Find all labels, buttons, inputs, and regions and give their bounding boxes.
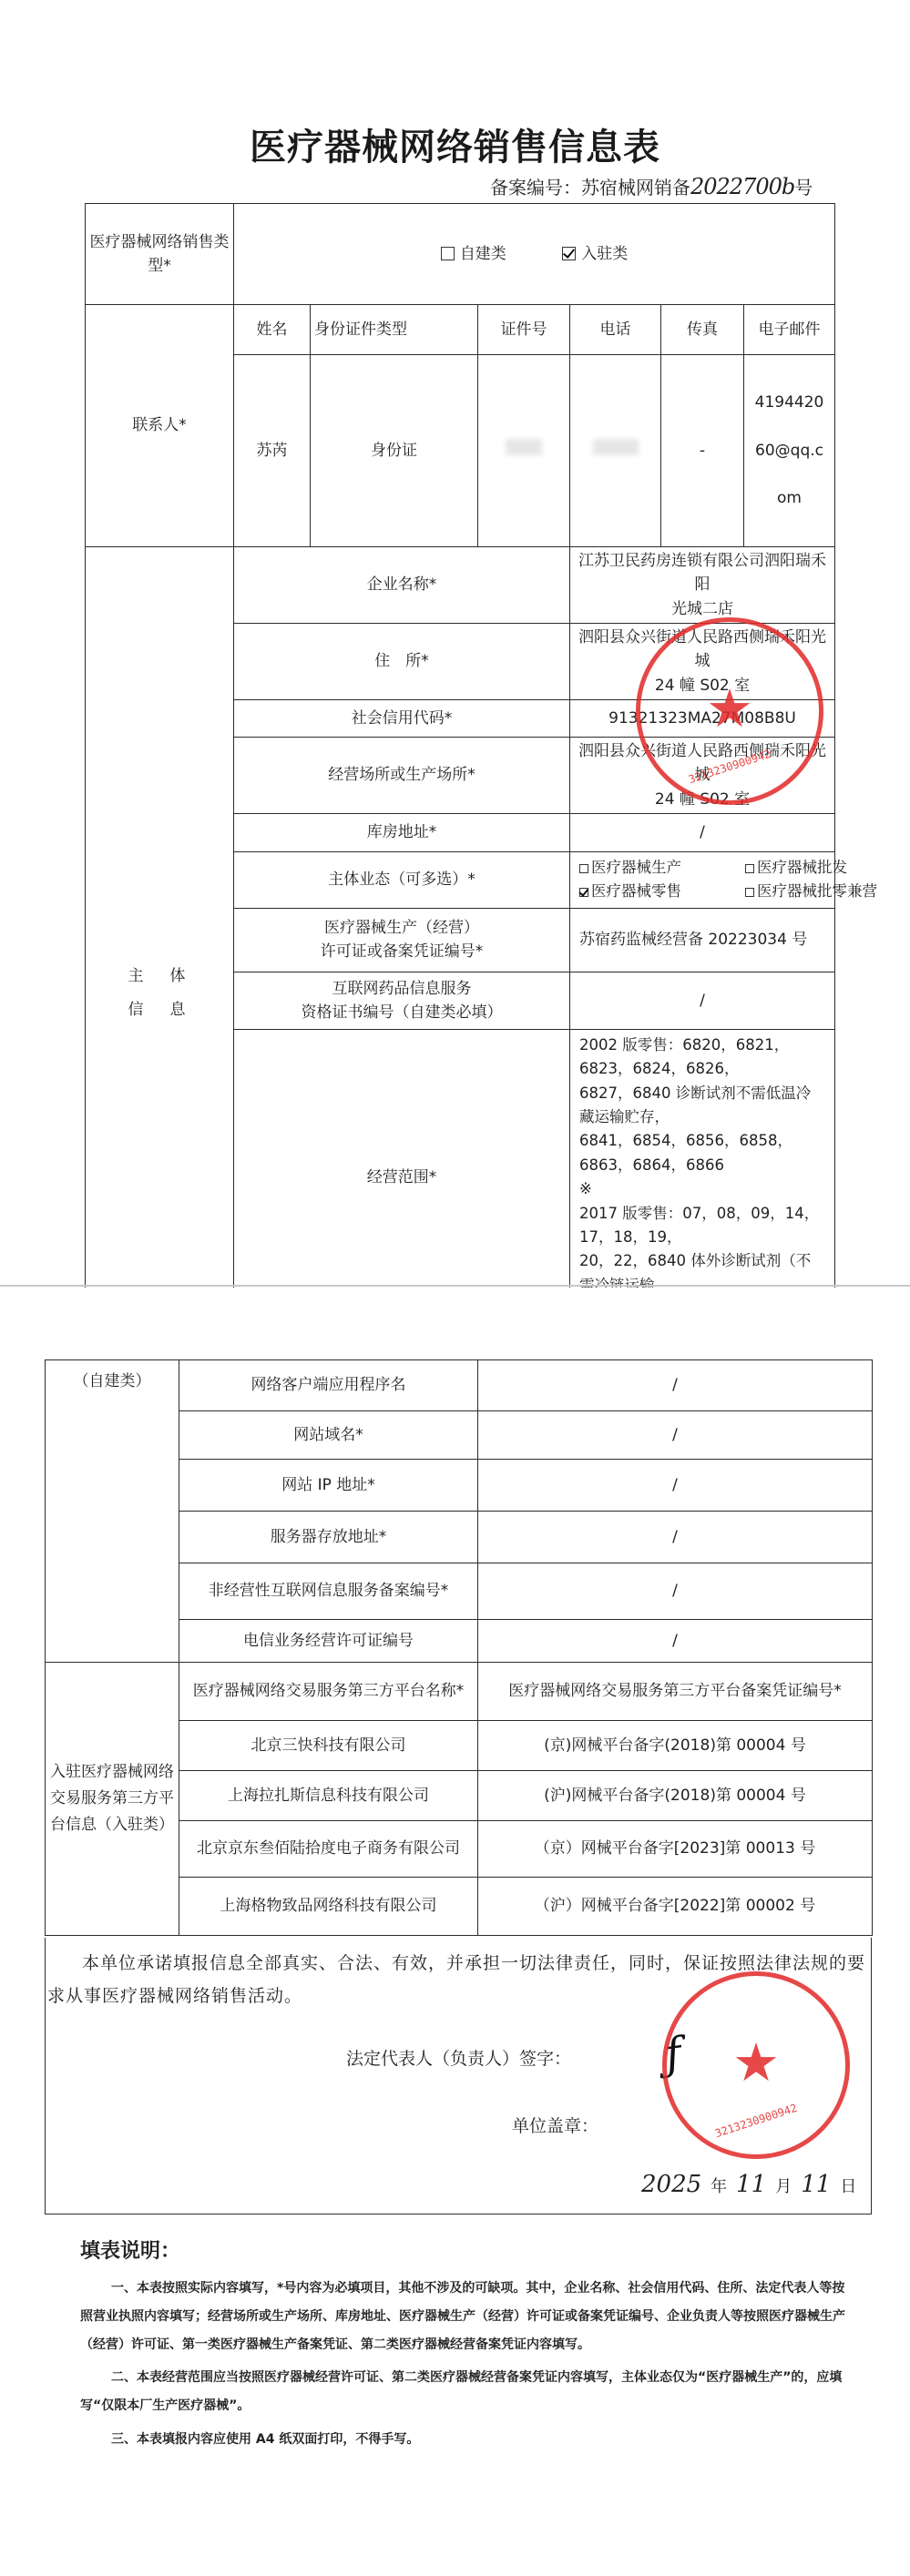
filing-label: 备案编号：苏宿械网销备 <box>490 177 690 199</box>
instruction-item: 二、本表经营范围应当按照医疗器械经营许可证、第二类医疗器械经营备案凭证内容填写，… <box>80 2364 845 2420</box>
platform-name: 北京三快科技有限公司 <box>179 1721 478 1771</box>
sign-date: 2025年11月11日 <box>632 2171 856 2198</box>
platform-header-row: 入驻医疗器械网络交易服务第三方平台信息（入驻类） 医疗器械网络交易服务第三方平台… <box>46 1663 873 1721</box>
pledge-text: 本单位承诺填报信息全部真实、合法、有效，并承担一切法律责任，同时，保证按照法律法… <box>46 1947 865 2012</box>
platform-name: 北京京东叁佰陆拾度电子商务有限公司 <box>179 1821 478 1878</box>
credit-code-label: 社会信用代码* <box>234 700 570 738</box>
checkbox-unchecked-icon[interactable] <box>579 864 588 873</box>
server-value: / <box>478 1512 873 1563</box>
date-day: 11 <box>801 2171 831 2198</box>
document-title: 医疗器械网络销售信息表 <box>0 118 910 170</box>
header-id-type: 身份证件类型 <box>311 305 478 355</box>
contact-section-label: 联系人* <box>86 305 234 547</box>
instruction-item: 一、本表按照实际内容填写，*号内容为必填项目，其他不涉及的可缺项。其中，企业名称… <box>80 2275 845 2358</box>
filing-number: 备案编号：苏宿械网销备2022700b号 <box>490 173 813 199</box>
ip-value: / <box>478 1460 873 1512</box>
premises-label: 经营场所或生产场所* <box>234 738 570 814</box>
domain-label: 网站域名* <box>179 1411 478 1460</box>
instructions: 填表说明： 一、本表按照实际内容填写，*号内容为必填项目，其他不涉及的可缺项。其… <box>80 2235 845 2459</box>
business-mode-options: 医疗器械生产医疗器械批发 医疗器械零售医疗器械批零兼营 <box>570 852 835 909</box>
date-month: 11 <box>736 2171 766 2198</box>
address-label: 住 所* <box>234 624 570 700</box>
date-year: 2025 <box>641 2171 701 2198</box>
server-label: 服务器存放地址* <box>179 1512 478 1563</box>
app-name-label: 网络客户端应用程序名 <box>179 1360 478 1411</box>
header-email: 电子邮件 <box>744 305 835 355</box>
license-label: 医疗器械生产（经营） 许可证或备案凭证编号* <box>234 908 570 972</box>
warehouse-label: 库房地址* <box>234 814 570 852</box>
contact-fax: - <box>661 355 744 547</box>
platform-cert: （沪）网械平台备字[2022]第 00002 号 <box>478 1878 873 1936</box>
telecom-label: 电信业务经营许可证编号 <box>179 1620 478 1663</box>
filing-suffix: 号 <box>794 177 813 199</box>
company-name-label: 企业名称* <box>234 547 570 624</box>
contact-name: 苏芮 <box>234 355 311 547</box>
scope-label: 经营范围* <box>234 1029 570 1326</box>
platform-cert: （京）网械平台备字[2023]第 00013 号 <box>478 1821 873 1878</box>
warehouse-value: / <box>570 814 835 852</box>
scope-value: 2002 版零售：6820，6821，6823，6824，6826， 6827，… <box>570 1029 835 1326</box>
mode-production[interactable]: 医疗器械生产 <box>579 856 745 880</box>
platform-name-header: 医疗器械网络交易服务第三方平台名称* <box>179 1663 478 1721</box>
platform-cert: (京)网械平台备字(2018)第 00004 号 <box>478 1721 873 1771</box>
filing-number-handwritten: 2022700b <box>690 174 794 199</box>
app-name-value: / <box>478 1360 873 1411</box>
checkbox-unchecked-icon[interactable] <box>441 247 455 260</box>
header-name: 姓名 <box>234 305 311 355</box>
header-id-number: 证件号 <box>478 305 570 355</box>
pledge-section: 本单位承诺填报信息全部真实、合法、有效，并承担一切法律责任，同时，保证按照法律法… <box>45 1938 872 2215</box>
contact-id-number-redacted <box>478 355 570 547</box>
header-phone: 电话 <box>570 305 661 355</box>
telecom-value: / <box>478 1620 873 1663</box>
page-separator <box>0 1285 910 1287</box>
contact-email: 4194420 60@qq.c om <box>744 355 835 547</box>
platform-cert: (沪)网械平台备字(2018)第 00004 号 <box>478 1771 873 1821</box>
platform-name: 上海格物致品网络科技有限公司 <box>179 1878 478 1936</box>
contact-header-row: 联系人* 姓名 身份证件类型 证件号 电话 传真 电子邮件 <box>86 305 835 355</box>
website-self-built-label: （自建类） <box>46 1360 179 1663</box>
internet-cert-value: / <box>570 972 835 1029</box>
icp-value: / <box>478 1563 873 1620</box>
company-name-value: 江苏卫民药房连锁有限公司泗阳瑞禾阳 光城二店 <box>570 547 835 624</box>
option-self-built[interactable]: 自建类 <box>441 242 506 266</box>
sales-type-label: 医疗器械网络销售类型* <box>86 204 234 305</box>
checkbox-unchecked-icon[interactable] <box>745 888 754 897</box>
signature-label: 法定代表人（负责人）签字： <box>346 2045 571 2070</box>
contact-phone-redacted <box>570 355 661 547</box>
checkbox-checked-icon[interactable] <box>562 247 576 260</box>
app-name-row: （自建类） 网络客户端应用程序名 / <box>46 1360 873 1411</box>
sales-type-row: 医疗器械网络销售类型* 自建类 入驻类 <box>86 204 835 305</box>
platform-name: 上海拉扎斯信息科技有限公司 <box>179 1771 478 1821</box>
page-1: 医疗器械网络销售信息表 备案编号：苏宿械网销备2022700b号 医疗器械网络销… <box>0 0 910 1286</box>
seal-label: 单位盖章： <box>512 2113 598 2137</box>
sales-type-options: 自建类 入驻类 <box>234 204 835 305</box>
ip-label: 网站 IP 地址* <box>179 1460 478 1512</box>
instructions-title: 填表说明： <box>80 2235 845 2264</box>
contact-id-type: 身份证 <box>311 355 478 547</box>
instruction-item: 三、本表填报内容应使用 A4 纸双面打印，不得手写。 <box>80 2426 845 2454</box>
address-value: 泗阳县众兴街道人民路西侧瑞禾阳光城 24 幢 S02 室 <box>570 624 835 700</box>
platform-cert-header: 医疗器械网络交易服务第三方平台备案凭证编号* <box>478 1663 873 1721</box>
option-resident[interactable]: 入驻类 <box>562 242 628 266</box>
business-mode-label: 主体业态（可多选）* <box>234 852 570 909</box>
platform-section-label: 入驻医疗器械网络交易服务第三方平台信息（入驻类） <box>46 1663 179 1936</box>
mode-wholesale-retail[interactable]: 医疗器械批零兼营 <box>745 880 910 903</box>
license-value: 苏宿药监械经营备 20223034 号 <box>570 908 835 972</box>
premises-value: 泗阳县众兴街道人民路西侧瑞禾阳光城 24 幢 S02 室 <box>570 738 835 814</box>
checkbox-unchecked-icon[interactable] <box>745 864 754 873</box>
mode-wholesale[interactable]: 医疗器械批发 <box>745 856 910 880</box>
company-name-row: 主 体 信 息 企业名称* 江苏卫民药房连锁有限公司泗阳瑞禾阳 光城二店 <box>86 547 835 624</box>
icp-label: 非经营性互联网信息服务备案编号* <box>179 1563 478 1620</box>
domain-value: / <box>478 1411 873 1460</box>
handwritten-signature: ƒ <box>661 2028 684 2081</box>
mode-retail[interactable]: 医疗器械零售 <box>579 880 745 903</box>
checkbox-checked-icon[interactable] <box>579 888 588 897</box>
header-fax: 传真 <box>661 305 744 355</box>
credit-code-value: 91321323MA27M08B8U <box>570 700 835 738</box>
internet-cert-label: 互联网药品信息服务 资格证书编号（自建类必填） <box>234 972 570 1029</box>
website-platform-table: （自建类） 网络客户端应用程序名 / 网站域名* / 网站 IP 地址* / 服… <box>45 1359 873 1936</box>
